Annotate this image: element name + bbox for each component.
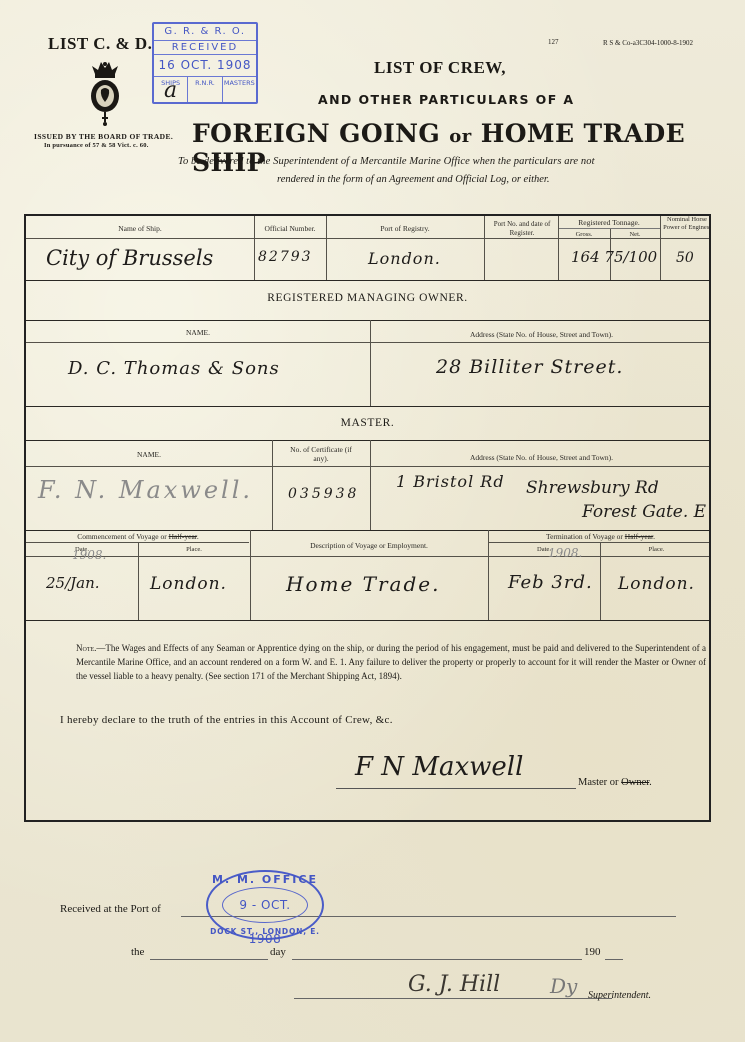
the-label: the: [131, 946, 144, 958]
master-section-title: MASTER.: [26, 417, 709, 429]
master-or-owner-label: Master or Owner.: [578, 777, 652, 788]
start-date-value: 25/Jan.: [46, 574, 100, 592]
end-place-value: London.: [618, 574, 695, 594]
label-gross: Gross.: [558, 230, 610, 239]
start-year-value: 1908.: [72, 548, 106, 562]
print-code: R S & Co-a3C304-1000-8-1902: [603, 39, 693, 47]
gross-tonnage-value: 164 75/100: [571, 248, 657, 266]
port-of-registry-value: London.: [368, 249, 441, 268]
owner-name-value: D. C. Thomas & Sons: [68, 358, 280, 379]
stamp-office: G. R. & R. O.: [154, 26, 256, 37]
royal-crest-icon: [88, 60, 122, 128]
label-owner-name: NAME.: [26, 328, 370, 337]
label-owner-address: Address (State No. of House, Street and …: [370, 330, 713, 339]
label-description: Description of Voyage or Employment.: [250, 541, 488, 550]
title-line-3: FOREIGN GOING or HOME TRADE SHIP: [192, 119, 745, 177]
label-master-address: Address (State No. of House, Street and …: [370, 453, 713, 462]
note-text: —The Wages and Effects of any Seaman or …: [76, 643, 706, 681]
label-net: Net.: [610, 230, 660, 239]
mm-stamp-office: M. M. OFFICE: [208, 873, 322, 886]
subtitle-line-2: rendered in the form of an Agreement and…: [277, 174, 549, 185]
end-date-value: Feb 3rd.: [508, 572, 593, 593]
description-value: Home Trade.: [286, 572, 440, 596]
master-address-line2: Shrewsbury Rd: [526, 478, 659, 498]
pursuance-text: In pursuance of 57 & 58 Vict. c. 60.: [44, 142, 149, 149]
owner-section-title: REGISTERED MANAGING OWNER.: [26, 292, 709, 304]
mm-stamp-location: DOCK ST., LONDON, E.: [208, 927, 322, 936]
label-port-no-date: Port No. and date of Register.: [486, 220, 558, 238]
superintendent-label: Superintendent.: [588, 990, 651, 1001]
superintendent-signature-line: [294, 998, 612, 999]
title-line-1: LIST OF CREW,: [374, 58, 506, 78]
year-label: 190: [584, 946, 601, 958]
master-address-line3: Forest Gate. E: [582, 502, 706, 522]
label-horse-power: Nominal Horse Power of Engines.: [662, 216, 712, 232]
label-commencement: Commencement of Voyage or Half-year.: [26, 532, 250, 541]
horse-power-value: 50: [676, 250, 694, 266]
issued-by-text: ISSUED BY THE BOARD OF TRADE.: [34, 132, 173, 141]
label-tonnage: Registered Tonnage.: [558, 218, 660, 227]
stamp-col-masters: MASTERS: [223, 77, 256, 102]
master-name-value: F. N. Maxwell.: [38, 476, 253, 504]
master-address-line1: 1 Bristol Rd: [396, 472, 505, 491]
label-official-number: Official Number.: [254, 224, 326, 233]
crew-list-form: Name of Ship. Official Number. Port of R…: [24, 214, 711, 822]
label-start-place: Place.: [138, 545, 250, 554]
mm-stamp-date: 9 - OCT. 1908: [222, 887, 308, 923]
label-end-date: Date.: [488, 545, 600, 554]
label-end-place: Place.: [600, 545, 713, 554]
start-place-value: London.: [150, 574, 227, 594]
superintendent-signature: G. J. Hill: [408, 972, 500, 997]
ship-name-value: City of Brussels: [46, 246, 213, 270]
label-port-of-registry: Port of Registry.: [326, 224, 484, 233]
master-signature: F N Maxwell: [355, 752, 523, 782]
label-certificate: No. of Certificate (if any).: [288, 445, 354, 463]
stamp-col-rnr: R.N.R.: [188, 77, 222, 102]
stamp-date: 16 OCT. 1908: [154, 58, 256, 72]
title-line-2: AND OTHER PARTICULARS OF A: [318, 92, 574, 107]
subtitle-line-1: To be delivered to the Superintendent of…: [178, 156, 595, 167]
year-line: [605, 959, 623, 960]
mm-office-stamp: M. M. OFFICE 9 - OCT. 1908 DOCK ST., LON…: [206, 870, 324, 940]
label-master-name: NAME.: [26, 450, 272, 459]
master-signature-line: [336, 788, 576, 789]
label-termination: Termination of Voyage or Half-year.: [488, 532, 713, 541]
title-or: or: [449, 126, 471, 147]
declaration-text: I hereby declare to the truth of the ent…: [60, 714, 393, 726]
note-paragraph: Note.—The Wages and Effects of any Seama…: [76, 641, 706, 683]
day-number-line: [150, 959, 268, 960]
label-ship-name: Name of Ship.: [26, 224, 254, 233]
form-id: LIST C. & D.: [48, 34, 152, 54]
note-prefix: Note.: [76, 643, 96, 653]
end-year-value: 1908.: [548, 546, 582, 560]
title-foreign-going: FOREIGN GOING: [192, 119, 449, 148]
month-line: [292, 959, 582, 960]
certificate-value: 035938: [288, 486, 359, 502]
stamp-received: RECEIVED: [154, 40, 256, 55]
deputy-mark: Dy: [550, 974, 577, 998]
official-number-value: 82793: [258, 249, 313, 265]
page-number: 127: [548, 38, 559, 46]
owner-address-value: 28 Billiter Street.: [436, 356, 623, 378]
received-at-port-label: Received at the Port of: [60, 903, 161, 915]
stamp-handwritten-mark: a: [164, 78, 177, 103]
